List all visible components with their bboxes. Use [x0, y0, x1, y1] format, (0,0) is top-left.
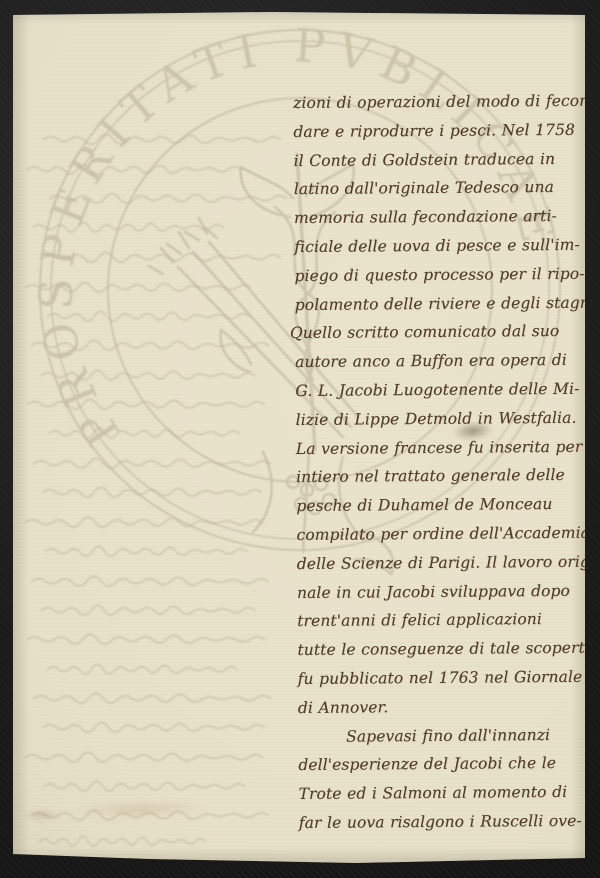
manuscript-line: nale in cui Jacobi sviluppava dopo [297, 576, 593, 607]
manuscript-line: autore anco a Buffon era opera di [295, 346, 591, 377]
manuscript-line: di Annover. [298, 691, 594, 722]
manuscript-line: il Conte di Goldstein traducea in [293, 144, 589, 175]
manuscript-line: lizie di Lippe Detmold in Westfalia. [295, 403, 591, 434]
manuscript-line: trent'anni di felici applicazioni [297, 605, 593, 636]
manuscript-line: piego di questo processo per il ripo- [294, 259, 590, 290]
manuscript-line: fu pubblicato nel 1763 nel Giornale [298, 663, 594, 694]
foxing-stain [19, 807, 65, 823]
manuscript-line: far le uova risalgono i Ruscelli ove- [299, 807, 595, 838]
manuscript-line: dare e riprodurre i pesci. Nel 1758 [293, 115, 589, 146]
manuscript-page: PROSPERITATI PVBLICAE [13, 12, 585, 863]
manuscript-line: G. L. Jacobi Luogotenente delle Mi- [295, 375, 591, 406]
manuscript-line: latino dall'originale Tedesco una [294, 173, 590, 204]
manuscript-line: ficiale delle uova di pesce e sull'im- [294, 231, 590, 262]
manuscript-line: polamento delle riviere e degli stagni. [295, 288, 591, 319]
manuscript-line: La versione francese fu inserita per [296, 432, 592, 463]
manuscript-line: Sapevasi fino dall'innanzi [298, 720, 594, 751]
manuscript-line: zioni di operazioni del modo di fecon- [293, 87, 589, 118]
manuscript-line: pesche di Duhamel de Monceau [296, 490, 592, 521]
manuscript-line: Trote ed i Salmoni al momento di [298, 778, 594, 809]
manuscript-line: tutte le conseguenze di tale scoperta [297, 634, 593, 665]
manuscript-line: delle Scienze di Parigi. Il lavoro origi… [297, 547, 593, 578]
manuscript-text-block: zioni di operazioni del modo di fecon- d… [293, 87, 595, 838]
scan-background: PROSPERITATI PVBLICAE [0, 0, 600, 878]
manuscript-line: dell'esperienze del Jacobi che le [298, 749, 594, 780]
manuscript-line: compilato per ordine dell'Accademia [296, 519, 592, 550]
manuscript-line: Quello scritto comunicato dal suo [290, 317, 591, 348]
manuscript-line: memoria sulla fecondazione arti- [294, 202, 590, 233]
manuscript-line: intiero nel trattato generale delle [296, 461, 592, 492]
